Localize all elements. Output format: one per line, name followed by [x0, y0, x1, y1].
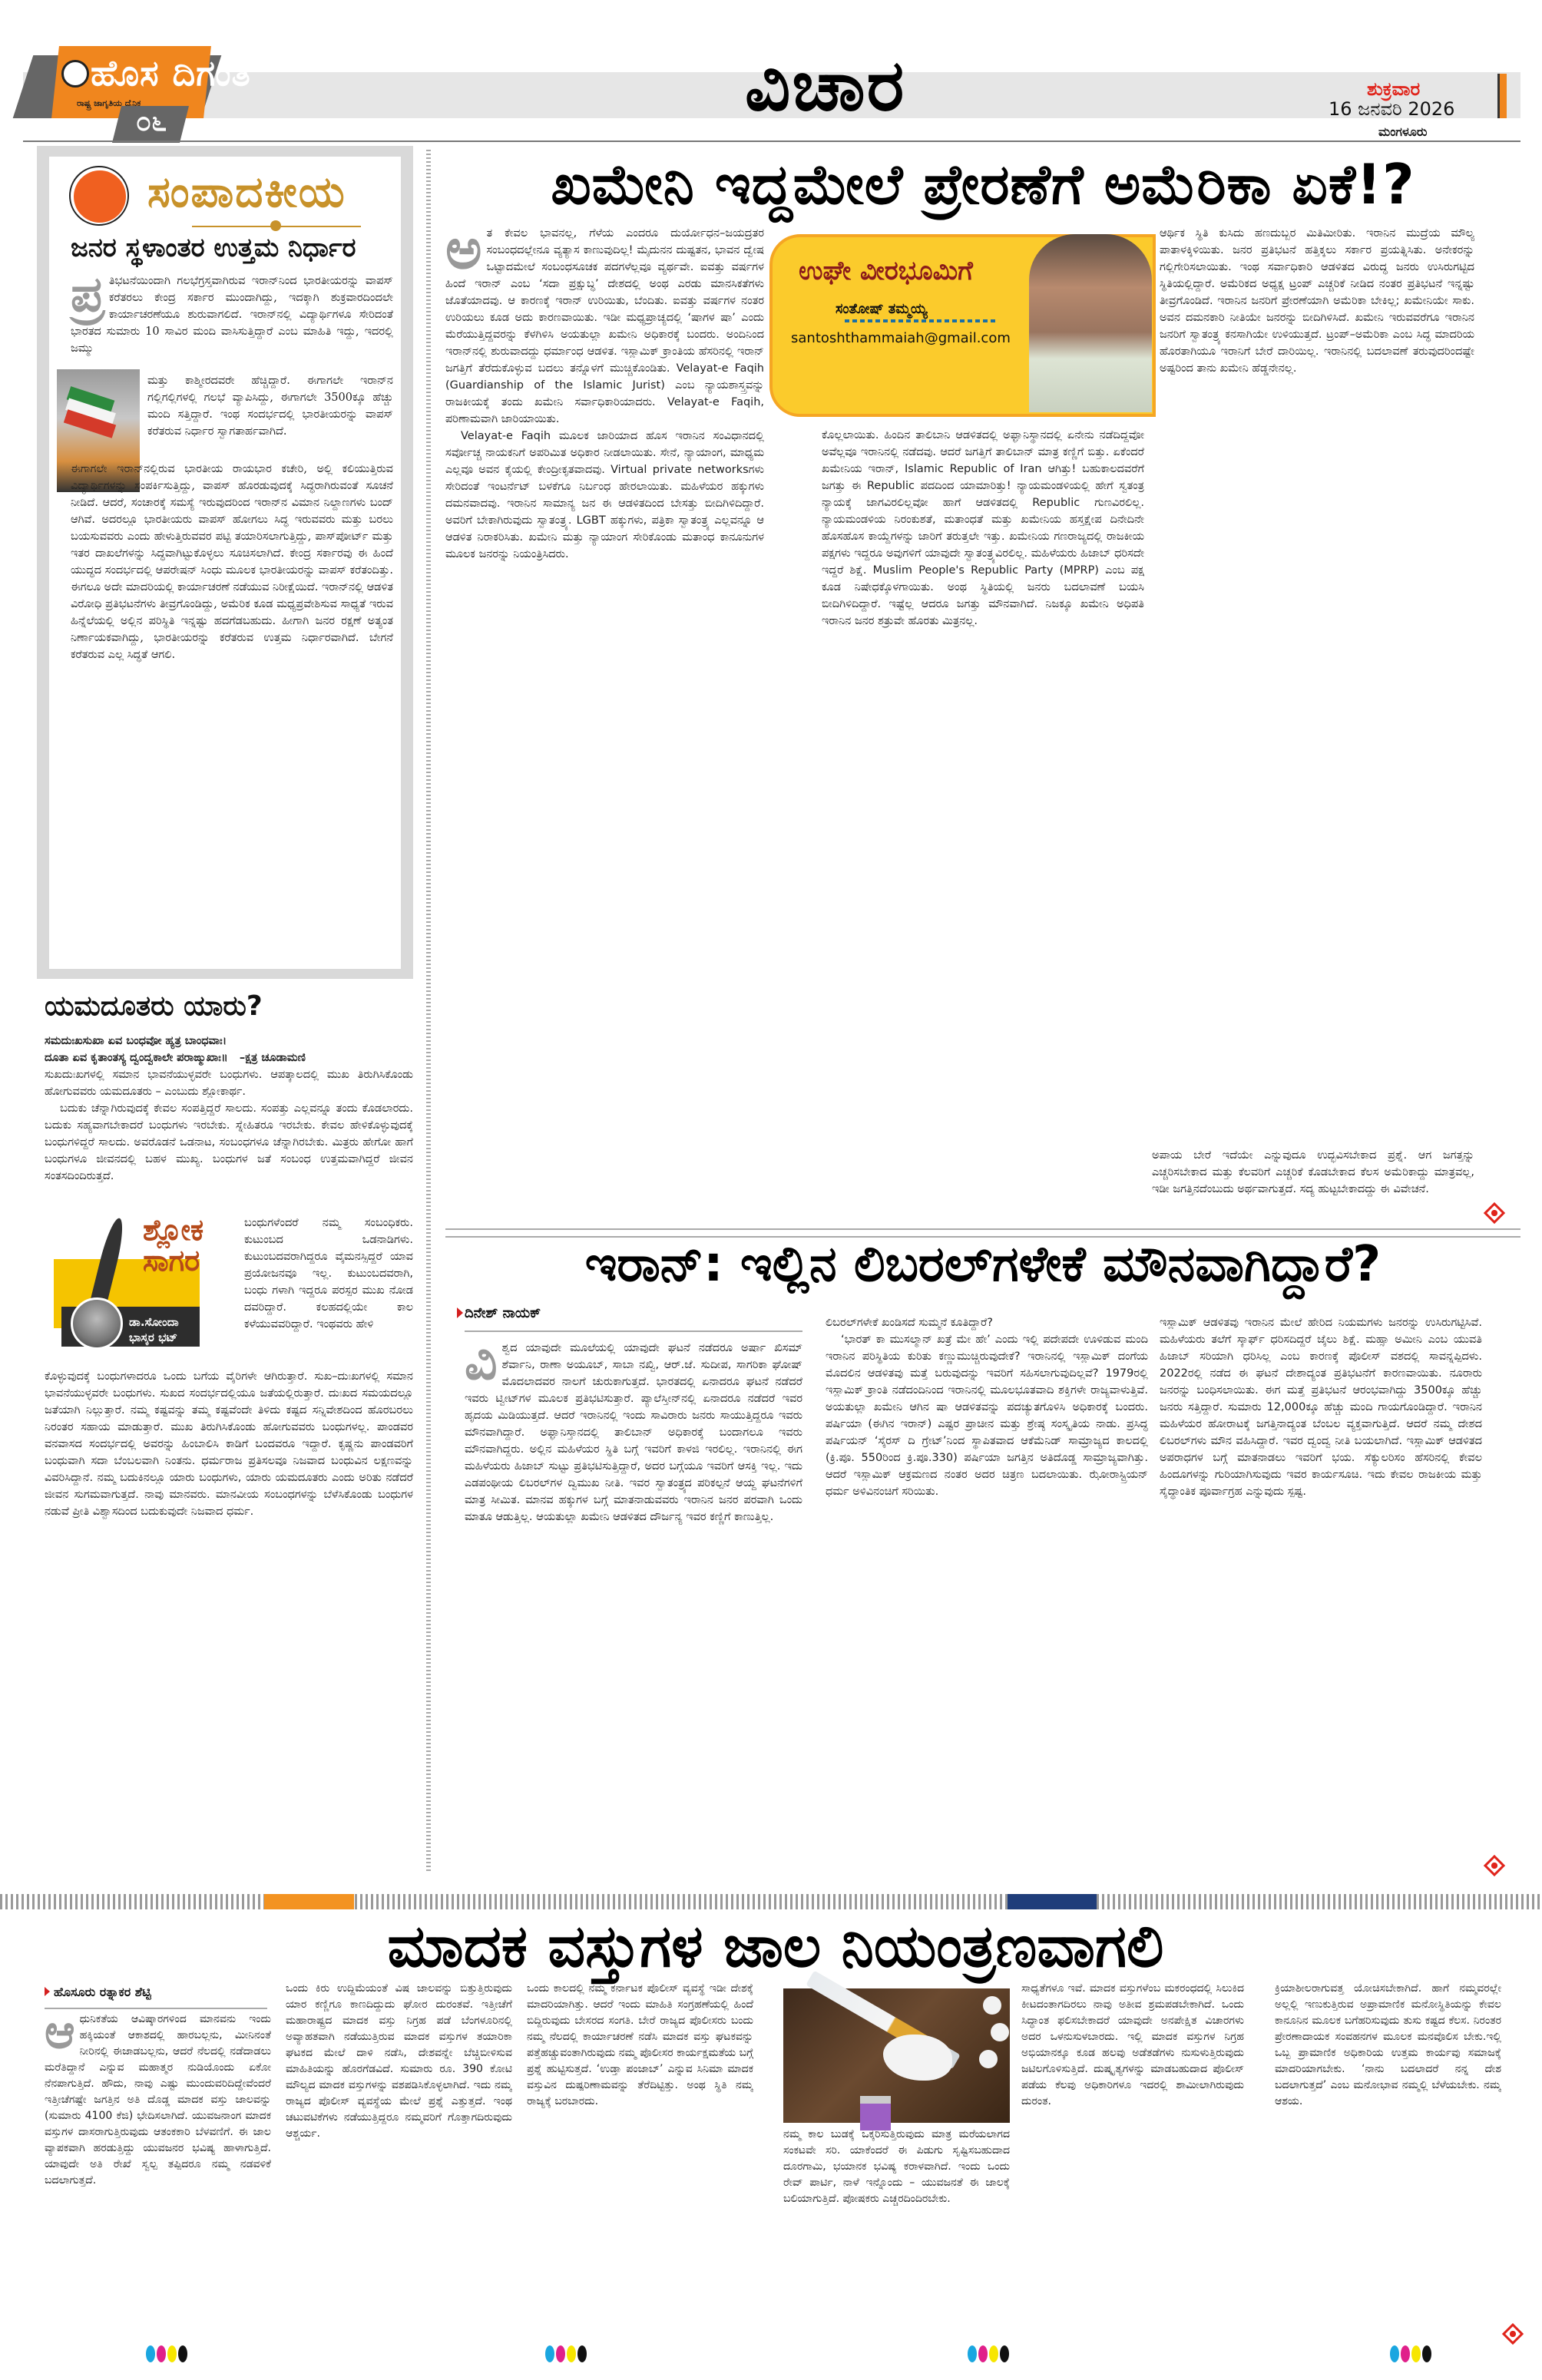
- byline-rule: [465, 1330, 802, 1332]
- section-title: ವಿಚಾರ: [745, 45, 905, 128]
- pill-graphic: [991, 2023, 1009, 2041]
- article-liberals-lead: ಲಿಬರಲ್‌ಗಳೇಕೆ ಖಂಡಿಸದೆ ಸುಮ್ಮನೆ ಕೂತಿದ್ದಾರೆ?: [826, 1314, 1148, 1331]
- article-drugs-col-3: ಒಂದು ಕಾಲದಲ್ಲಿ ನಮ್ಮ ಕರ್ನಾಟಕ ಪೊಲೀಸ್ ವ್ಯವಸ್…: [527, 1981, 753, 2326]
- editorial-text-1: ತಿಭಟನೆಯಿಂದಾಗಿ ಗಲಭೆಗ್ರಸ್ತವಾಗಿರುವ ಇರಾನ್‌ನಿ…: [71, 275, 393, 355]
- article-khamenei-headline[interactable]: ಖಮೇನಿ ಇದ್ದಮೇಲೆ ಪ್ರೇರಣೆಗೆ ಅಮೆರಿಕಾ ಏಕೆ!?: [445, 152, 1520, 218]
- pill-graphic: [983, 1996, 1001, 2015]
- article-liberals-text-1: ಶ್ವದ ಯಾವುದೇ ಮೂಲೆಯಲ್ಲಿ ಯಾವುದೇ ಘಟನೆ ನಡೆದರೂ…: [465, 1342, 802, 1523]
- shloka-verse-2: ದೂತಾ ಏವ ಕೃತಾಂತಸ್ಯ ದ್ವಂದ್ವಕಾಲೇ ಪರಾಙ್ಮುಖಾಃ…: [45, 1052, 228, 1064]
- article-liberals-author: ದಿನೇಶ್ ನಾಯಕ್: [465, 1305, 541, 1321]
- newspaper-emblem-icon: [61, 60, 89, 88]
- editorial-dropcap: ಪ್ರ: [71, 273, 104, 317]
- author-email-link[interactable]: santoshthammaiah@gmail.com: [791, 330, 1011, 346]
- section-divider-band: [0, 1894, 1542, 1909]
- shloka-para-1: ಬದುಕು ಚೆನ್ನಾಗಿರುವುದಕ್ಕೆ ಕೇವಲ ಸಂಪತ್ತಿದ್ದರ…: [45, 1100, 413, 1202]
- masthead-rule: [23, 140, 1520, 142]
- shloka-source: –ಕ್ಷತ್ರ ಚೂಡಾಮಣಿ: [240, 1052, 306, 1064]
- cmyk-registration-mark: [968, 2345, 1014, 2362]
- article-liberals-text-2: ‘ಭಾರತ್ ಕಾ ಮುಸಲ್ಮಾನ್ ಖತ್ರೆ ಮೇ ಹೇ’ ಎಂದು ಇಲ…: [826, 1331, 1148, 1500]
- article-liberals-headline[interactable]: ಇರಾನ್: ಇಲ್ಲಿನ ಲಿಬರಲ್‌ಗಳೇಕೆ ಮೌನವಾಗಿದ್ದಾರೆ…: [445, 1236, 1520, 1293]
- date-accent-bar: [1497, 74, 1507, 118]
- article-khamenei-text-1b: Velayat-e Faqih ಮೂಲಕ ಜಾರಿಯಾದ ಹೊಸ ಇರಾನಿನ …: [445, 428, 764, 563]
- column-author: ಸಂತೋಷ್ ತಮ್ಮಯ್ಯ: [836, 301, 928, 317]
- ornament-dot-icon: [270, 220, 281, 231]
- shloka-meaning: ಸುಖದುಃಖಗಳಲ್ಲಿ ಸಮಾನ ಭಾವನೆಯುಳ್ಳವರೇ ಬಂಧುಗಳು…: [45, 1066, 413, 1100]
- article-khamenei-dropcap: ಅ: [445, 225, 481, 273]
- article-drugs-col-2: ಒಂದು ಕಿರು ಉದ್ದಿಮೆಯಂತೆ ವಿಷ ಜಾಲವನ್ನು ಬಿತ್ತ…: [286, 1981, 512, 2326]
- newspaper-logo[interactable]: ಹೊಸ ದಿಗಂತ: [91, 52, 251, 95]
- column-name: ಉಘೇ ವೀರಭೂಮಿಗೆ: [799, 256, 973, 286]
- article-liberals-dropcap: ವಿ: [465, 1340, 498, 1384]
- byline-rule: [45, 2008, 267, 2009]
- issue-day: ಶುಕ್ರವಾರ: [1367, 78, 1420, 100]
- article-drugs-author: ಹೊಸೂರು ರತ್ನಾಕರ ಶೆಟ್ಟಿ: [54, 1985, 151, 2000]
- editorial-body-intro: ಪ್ರ ತಿಭಟನೆಯಿಂದಾಗಿ ಗಲಭೆಗ್ರಸ್ತವಾಗಿರುವ ಇರಾನ…: [71, 273, 393, 357]
- lighter-graphic: [860, 2096, 891, 2130]
- byline-marker-icon: [457, 1307, 463, 1318]
- columnist-photo: [1029, 234, 1152, 412]
- article-end-diamond-icon: [1484, 1855, 1505, 1876]
- article-drugs-dropcap: ಆ: [45, 2011, 75, 2053]
- shloka-title[interactable]: ಯಮದೂತರು ಯಾರು?: [45, 990, 263, 1023]
- article-khamenei-text-1: ತ ಕೇವಲ ಭಾವನಲ್ಲ, ಗೆಳೆಯ ಎಂದರೂ ದುರ್ಯೋಧನ–ಜಯದ…: [445, 227, 764, 425]
- article-drugs-headline[interactable]: ಮಾದಕ ವಸ್ತುಗಳ ಜಾಲ ನಿಯಂತ್ರಣವಾಗಲಿ: [261, 1912, 1290, 1982]
- page-number: ೦೬: [124, 106, 178, 138]
- article-liberals-col-1: ವಿ ಶ್ವದ ಯಾವುದೇ ಮೂಲೆಯಲ್ಲಿ ಯಾವುದೇ ಘಟನೆ ನಡೆ…: [465, 1340, 802, 1877]
- article-end-diamond-icon: [1484, 1202, 1505, 1224]
- article-liberals-col-2: ಲಿಬರಲ್‌ಗಳೇಕೆ ಖಂಡಿಸದೆ ಸುಮ್ಮನೆ ಕೂತಿದ್ದಾರೆ?…: [826, 1314, 1148, 1879]
- article-drugs-col-6: ಕ್ರಿಯಾಶೀಲರಾಗುವತ್ತ ಯೋಚಿಸಬೇಕಾಗಿದೆ. ಹಾಗೆ ನಮ…: [1275, 1981, 1501, 2326]
- article-end-diamond-icon: [1502, 2323, 1524, 2345]
- shloka-author: ಡಾ.ಸೋಂದಾ ಭಾಸ್ಕರ ಭಟ್: [129, 1314, 206, 1345]
- editorial-emblem-icon: [74, 170, 126, 223]
- article-drugs-col-1: ಆ ಧುನಿಕತೆಯ ಆವಿಷ್ಕಾರಗಳಿಂದ ಮಾನವನು ಇಂದು ಹಕ್…: [45, 2011, 271, 2326]
- divider-orange-block: [264, 1894, 354, 1909]
- article-drugs-text-1: ಧುನಿಕತೆಯ ಆವಿಷ್ಕಾರಗಳಿಂದ ಮಾನವನು ಇಂದು ಹಕ್ಕಿ…: [45, 2013, 271, 2187]
- column-separator: [426, 150, 431, 1873]
- editorial-text-2: ಮತ್ತು ಕಾಶ್ಮೀರದವರೇ ಹೆಚ್ಚಿದ್ದಾರೆ. ಈಗಾಗಲೇ ಇ…: [147, 372, 393, 440]
- editorial-text-3: ಈಗಾಗಲೇ ಇರಾನ್‌ನಲ್ಲಿರುವ ಭಾರತೀಯ ರಾಯಭಾರ ಕಚೇರ…: [71, 461, 393, 967]
- cmyk-registration-mark: [1390, 2345, 1436, 2362]
- issue-date: 16 ಜನವರಿ 2026: [1329, 98, 1454, 120]
- article-khamenei-col-3: ಆರ್ಥಿಕ ಸ್ಥಿತಿ ಕುಸಿದು ಹಣದುಬ್ಬರ ಮಿತಿಮೀರಿತು…: [1160, 225, 1474, 1139]
- shloka-column-brand: ಶ್ಲೋಕ ಸಾಗರ: [143, 1215, 227, 1276]
- shloka-text: ಸಮದುಃಖಸುಖಾ ಏವ ಬಂಧವೋ ಹ್ಯತ್ರ ಬಾಂಧವಾಃ। ದೂತಾ…: [45, 1033, 413, 1202]
- shloka-verse-1: ಸಮದುಃಖಸುಖಾ ಏವ ಬಂಧವೋ ಹ್ಯತ್ರ ಬಾಂಧವಾಃ।: [45, 1033, 413, 1050]
- cmyk-registration-mark: [146, 2345, 192, 2362]
- cmyk-registration-mark: [545, 2345, 591, 2362]
- shloka-para-3: ಕೊಳ್ಳುವುದಕ್ಕೆ ಬಂಧುಗಳಾದರೂ ಒಂದು ಬಗೆಯ ವೈರಿಗ…: [45, 1368, 413, 1867]
- article-liberals-col-3: ಇಸ್ಲಾಮಿಕ್ ಆಡಳಿತವು ಇರಾನಿನ ಮೇಲೆ ಹೇರಿದ ನಿಯಮ…: [1160, 1314, 1482, 1852]
- article-khamenei-col-2: ಕೊಲ್ಲಲಾಯಿತು. ಹಿಂದಿನ ತಾಲಿಬಾನಿ ಆಡಳಿತದಲ್ಲಿ …: [822, 427, 1144, 1218]
- article-khamenei-col-1: ಅ ತ ಕೇವಲ ಭಾವನಲ್ಲ, ಗೆಳೆಯ ಎಂದರೂ ದುರ್ಯೋಧನ–ಜ…: [445, 225, 764, 1215]
- editorial-title[interactable]: ಜನರ ಸ್ಥಳಾಂತರ ಉತ್ತಮ ನಿರ್ಧಾರ: [71, 233, 356, 263]
- article-drugs-col-4: ನಮ್ಮ ಕಾಲ ಬುಡಕ್ಕೆ ಒಕ್ಕರಿಸುತ್ತಿರುವುದು ಮಾತ್…: [783, 2127, 1010, 2326]
- pill-graphic: [979, 2050, 998, 2068]
- divider-blue-block: [1008, 1894, 1097, 1909]
- editorial-header: ಸಂಪಾದಕೀಯ: [147, 167, 346, 218]
- author-portrait: [71, 1297, 123, 1350]
- dotted-ornament: [845, 319, 998, 322]
- article-drugs-col-5: ಸಾಧ್ಯತೆಗಳೂ ಇವೆ. ಮಾದಕ ವಸ್ತುಗಳೆಂಬ ಮಕರಂಧದಲ್…: [1021, 1981, 1244, 2326]
- byline-marker-icon: [45, 1987, 50, 1996]
- shloka-para-2: ಬಂಧುಗಳೆಂದರೆ ನಮ್ಮ ಸಂಬಂಧಿಕರು. ಕುಟುಂಬದ ಒಡನಾ…: [244, 1215, 413, 1333]
- article-khamenei-ending: ಅಪಾಯ ಬೇರೆ ಇದೆಯೇ ಎನ್ನುವುದೂ ಉದ್ಭವಿಸಬೇಕಾದ ಪ…: [1152, 1147, 1474, 1198]
- edition-city: ಮಂಗಳೂರು: [1378, 124, 1427, 140]
